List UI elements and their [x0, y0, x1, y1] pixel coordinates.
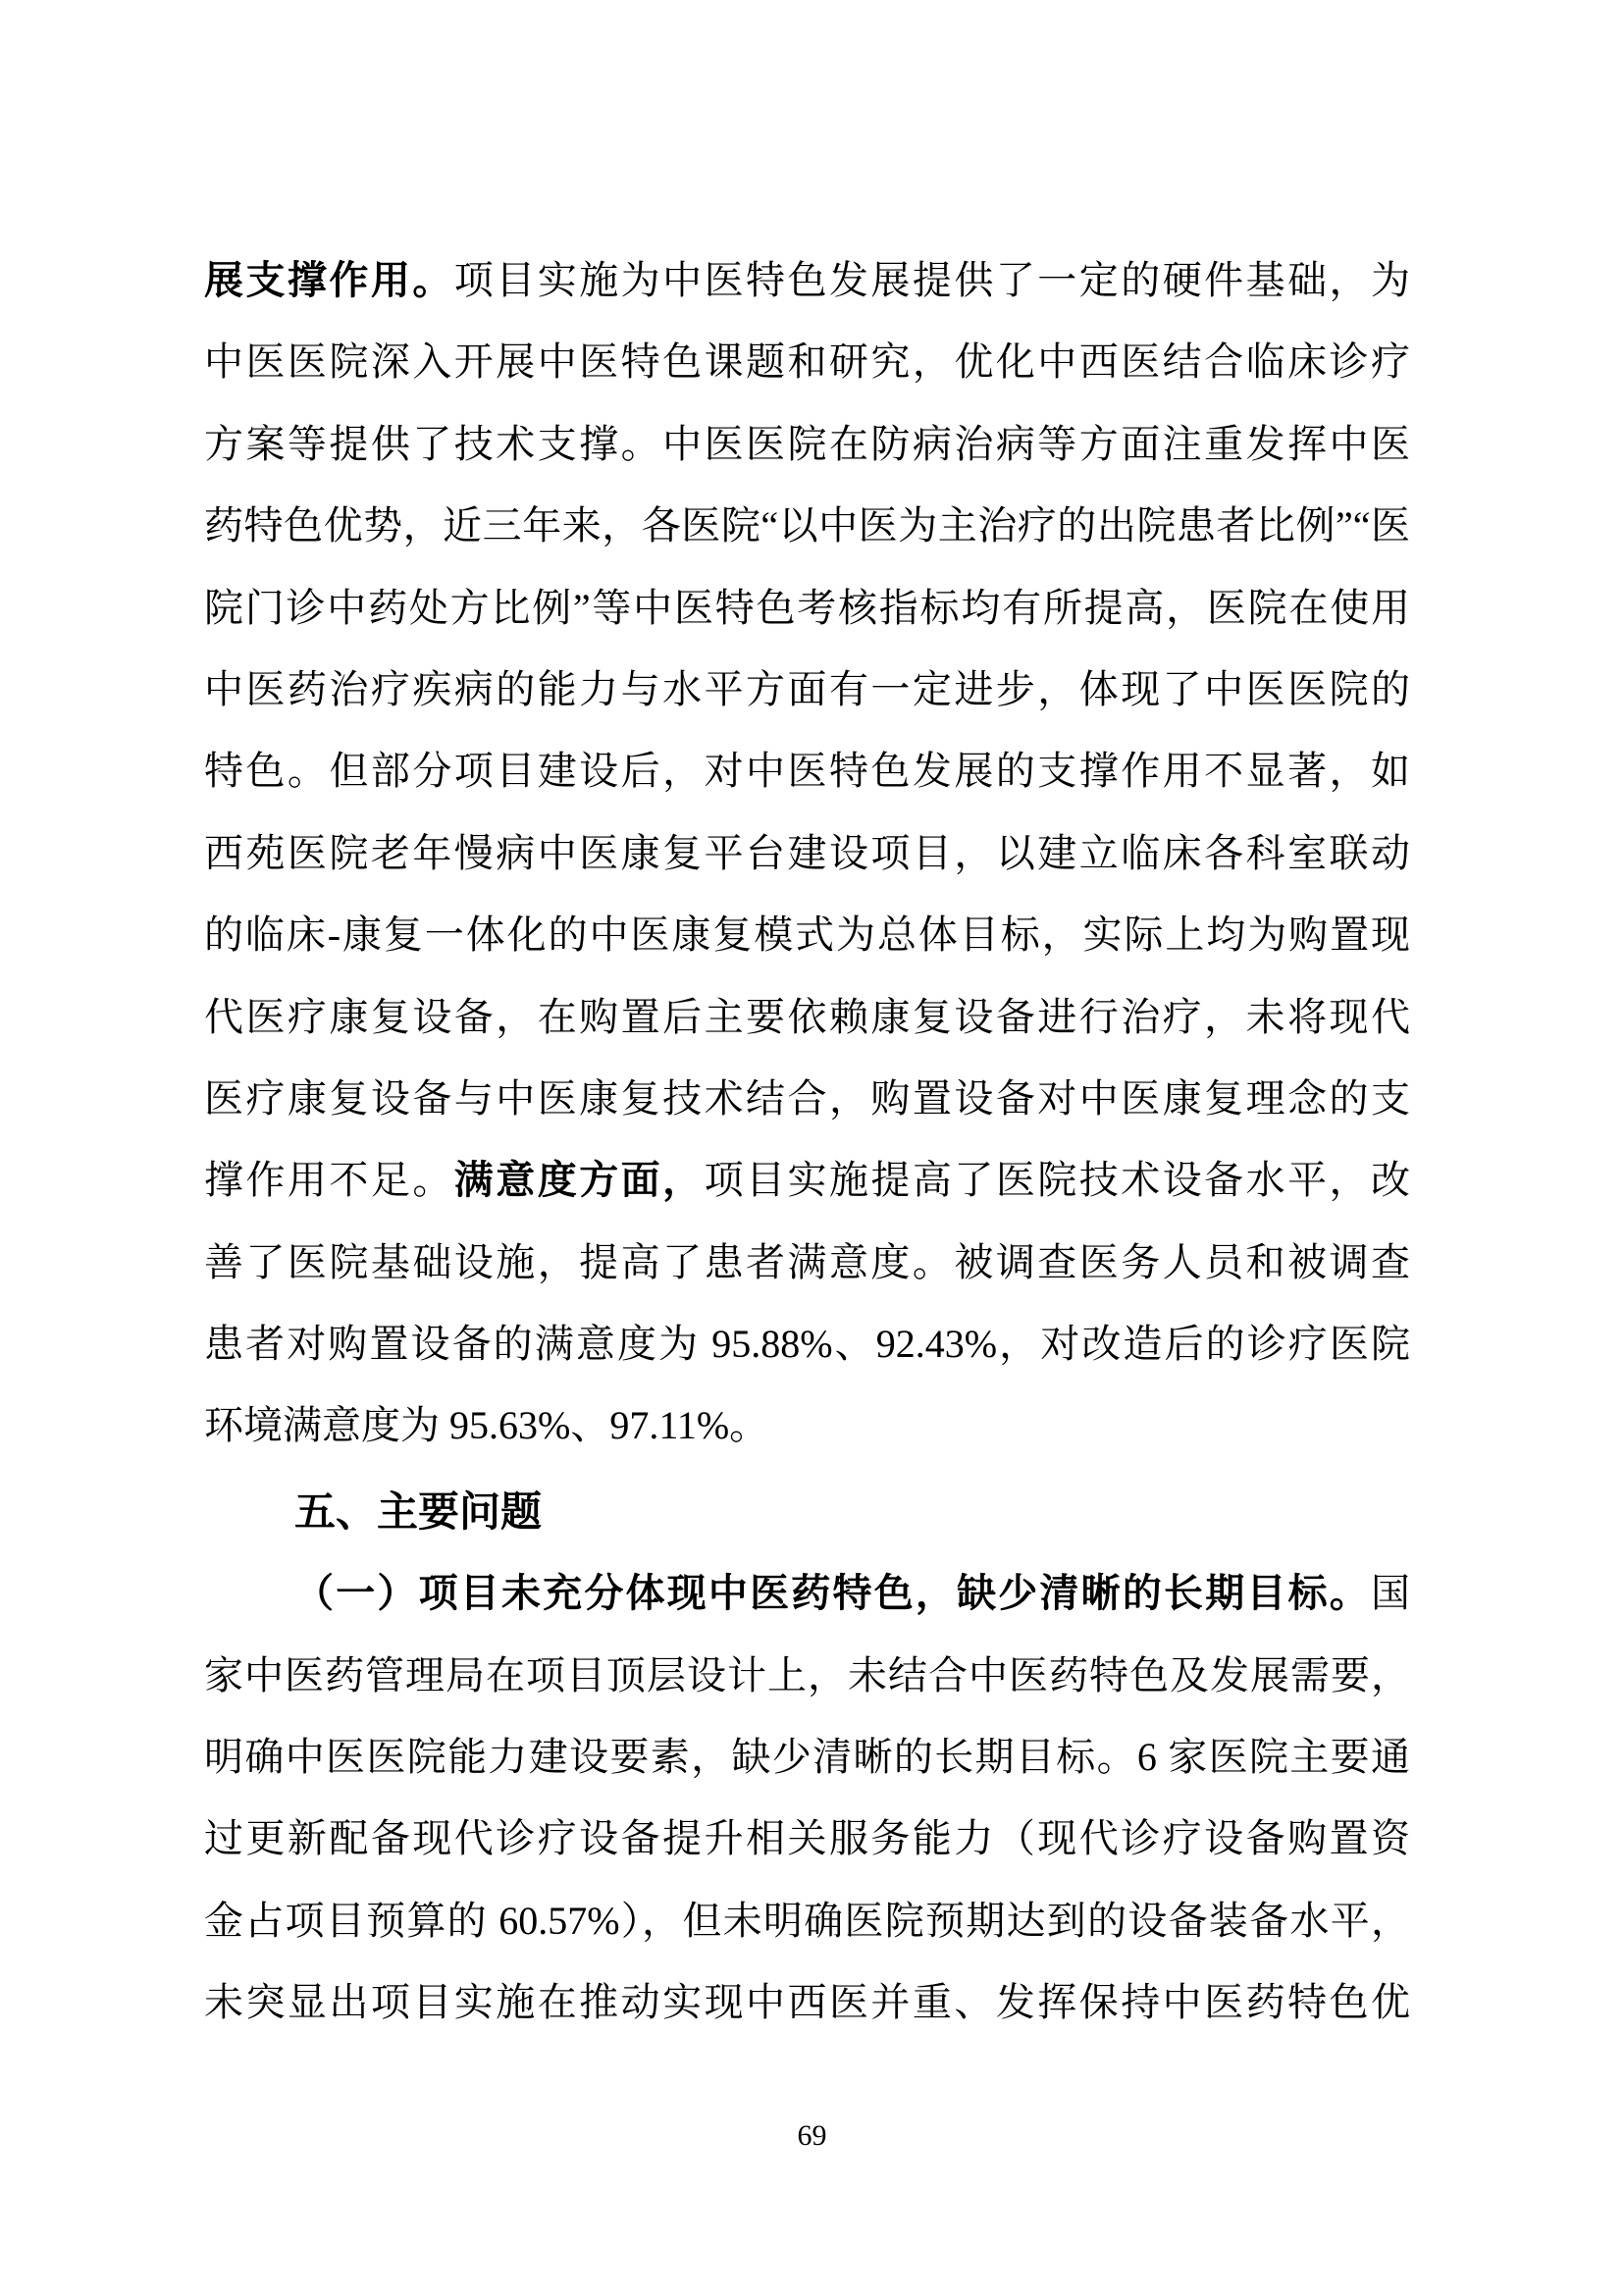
text-line: 方案等提供了技术支撑。中医医院在防病治病等方面注重发挥中医 [204, 403, 1410, 485]
text-segment: 明确中医医院能力建设要素，缺少清晰的长期目标。6 家医院主要通 [204, 1735, 1410, 1779]
text-line: 展支撑作用。项目实施为中医特色发展提供了一定的硬件基础，为 [204, 239, 1410, 321]
text-segment: 国 [1371, 1571, 1410, 1615]
text-segment: 医疗康复设备与中医康复技术结合，购置设备对中医康复理念的支 [204, 1076, 1410, 1121]
text-segment: 方案等提供了技术支撑。中医医院在防病治病等方面注重发挥中医 [204, 422, 1410, 466]
section-heading: 五、主要问题 [204, 1471, 1410, 1552]
text-segment: 代医疗康复设备，在购置后主要依赖康复设备进行治疗，未将现代 [204, 995, 1410, 1039]
text-line: 院门诊中药处方比例”等中医特色考核指标均有所提高，医院在使用 [204, 567, 1410, 649]
text-segment: 中医医院深入开展中医特色课题和研究，优化中西医结合临床诊疗 [204, 339, 1410, 384]
text-segment: 西苑医院老年慢病中医康复平台建设项目，以建立临床各科室联动 [204, 831, 1410, 875]
bold-text-segment: 满意度方面， [454, 1158, 705, 1202]
text-segment: 环境满意度为 95.63%、97.11%。 [204, 1403, 768, 1447]
text-line: 环境满意度为 95.63%、97.11%。 [204, 1384, 1410, 1466]
paragraph-issue-one: （一）项目未充分体现中医药特色，缺少清晰的长期目标。国家中医药管理局在项目顶层设… [204, 1552, 1410, 2043]
text-segment: 项目实施为中医特色发展提供了一定的硬件基础，为 [454, 258, 1410, 302]
bold-text-segment: 展支撑作用。 [204, 258, 454, 302]
text-segment: 中医药治疗疾病的能力与水平方面有一定进步，体现了中医医院的 [204, 667, 1410, 711]
paragraph-support-role-and-satisfaction: 展支撑作用。项目实施为中医特色发展提供了一定的硬件基础，为中医医院深入开展中医特… [204, 239, 1410, 1467]
text-line: 未突显出项目实施在推动实现中西医并重、发挥保持中医药特色优 [204, 1961, 1410, 2043]
text-segment: 善了医院基础设施，提高了患者满意度。被调查医务人员和被调查 [204, 1240, 1410, 1284]
text-line: 撑作用不足。满意度方面，项目实施提高了医院技术设备水平，改 [204, 1139, 1410, 1221]
text-segment: 的临床-康复一体化的中医康复模式为总体目标，实际上均为购置现 [204, 913, 1410, 957]
text-line: 特色。但部分项目建设后，对中医特色发展的支撑作用不显著，如 [204, 730, 1410, 811]
text-line: 善了医院基础设施，提高了患者满意度。被调查医务人员和被调查 [204, 1222, 1410, 1303]
text-line: 中医药治疗疾病的能力与水平方面有一定进步，体现了中医医院的 [204, 649, 1410, 730]
text-line: 药特色优势，近三年来，各医院“以中医为主治疗的出院患者比例”“医 [204, 485, 1410, 566]
text-line: 的临床-康复一体化的中医康复模式为总体目标，实际上均为购置现 [204, 894, 1410, 975]
text-segment: 家中医药管理局在项目顶层设计上，未结合中医药特色及发展需要， [204, 1653, 1410, 1697]
text-line: 过更新配备现代诊疗设备提升相关服务能力（现代诊疗设备购置资 [204, 1798, 1410, 1879]
text-line: 中医医院深入开展中医特色课题和研究，优化中西医结合临床诊疗 [204, 321, 1410, 402]
text-line: 患者对购置设备的满意度为 95.88%、92.43%，对改造后的诊疗医院 [204, 1303, 1410, 1384]
page-number: 69 [0, 2119, 1624, 2153]
text-line: 代医疗康复设备，在购置后主要依赖康复设备进行治疗，未将现代 [204, 976, 1410, 1058]
text-line: 明确中医医院能力建设要素，缺少清晰的长期目标。6 家医院主要通 [204, 1716, 1410, 1798]
text-line: （一）项目未充分体现中医药特色，缺少清晰的长期目标。国 [204, 1552, 1410, 1634]
text-segment: 未突显出项目实施在推动实现中西医并重、发挥保持中医药特色优 [204, 1980, 1410, 2024]
text-line: 西苑医院老年慢病中医康复平台建设项目，以建立临床各科室联动 [204, 812, 1410, 894]
text-segment: 药特色优势，近三年来，各医院“以中医为主治疗的出院患者比例”“医 [204, 503, 1410, 548]
text-segment: 项目实施提高了医院技术设备水平，改 [705, 1158, 1410, 1202]
text-segment: 院门诊中药处方比例”等中医特色考核指标均有所提高，医院在使用 [204, 586, 1410, 630]
text-segment: 过更新配备现代诊疗设备提升相关服务能力（现代诊疗设备购置资 [204, 1816, 1410, 1860]
text-segment: 患者对购置设备的满意度为 95.88%、92.43%，对改造后的诊疗医院 [204, 1322, 1410, 1366]
text-line: 家中医药管理局在项目顶层设计上，未结合中医药特色及发展需要， [204, 1635, 1410, 1716]
text-line: 金占项目预算的 60.57%），但未明确医院预期达到的设备装备水平， [204, 1880, 1410, 1961]
text-segment: 金占项目预算的 60.57%），但未明确医院预期达到的设备装备水平， [204, 1899, 1410, 1943]
body-text: 展支撑作用。项目实施为中医特色发展提供了一定的硬件基础，为中医医院深入开展中医特… [204, 239, 1410, 2044]
text-line: 医疗康复设备与中医康复技术结合，购置设备对中医康复理念的支 [204, 1058, 1410, 1139]
text-segment: 撑作用不足。 [204, 1158, 454, 1202]
document-page: 展支撑作用。项目实施为中医特色发展提供了一定的硬件基础，为中医医院深入开展中医特… [0, 0, 1624, 2295]
text-segment: 特色。但部分项目建设后，对中医特色发展的支撑作用不显著，如 [204, 749, 1410, 793]
bold-text-segment: （一）项目未充分体现中医药特色，缺少清晰的长期目标。 [294, 1571, 1371, 1615]
